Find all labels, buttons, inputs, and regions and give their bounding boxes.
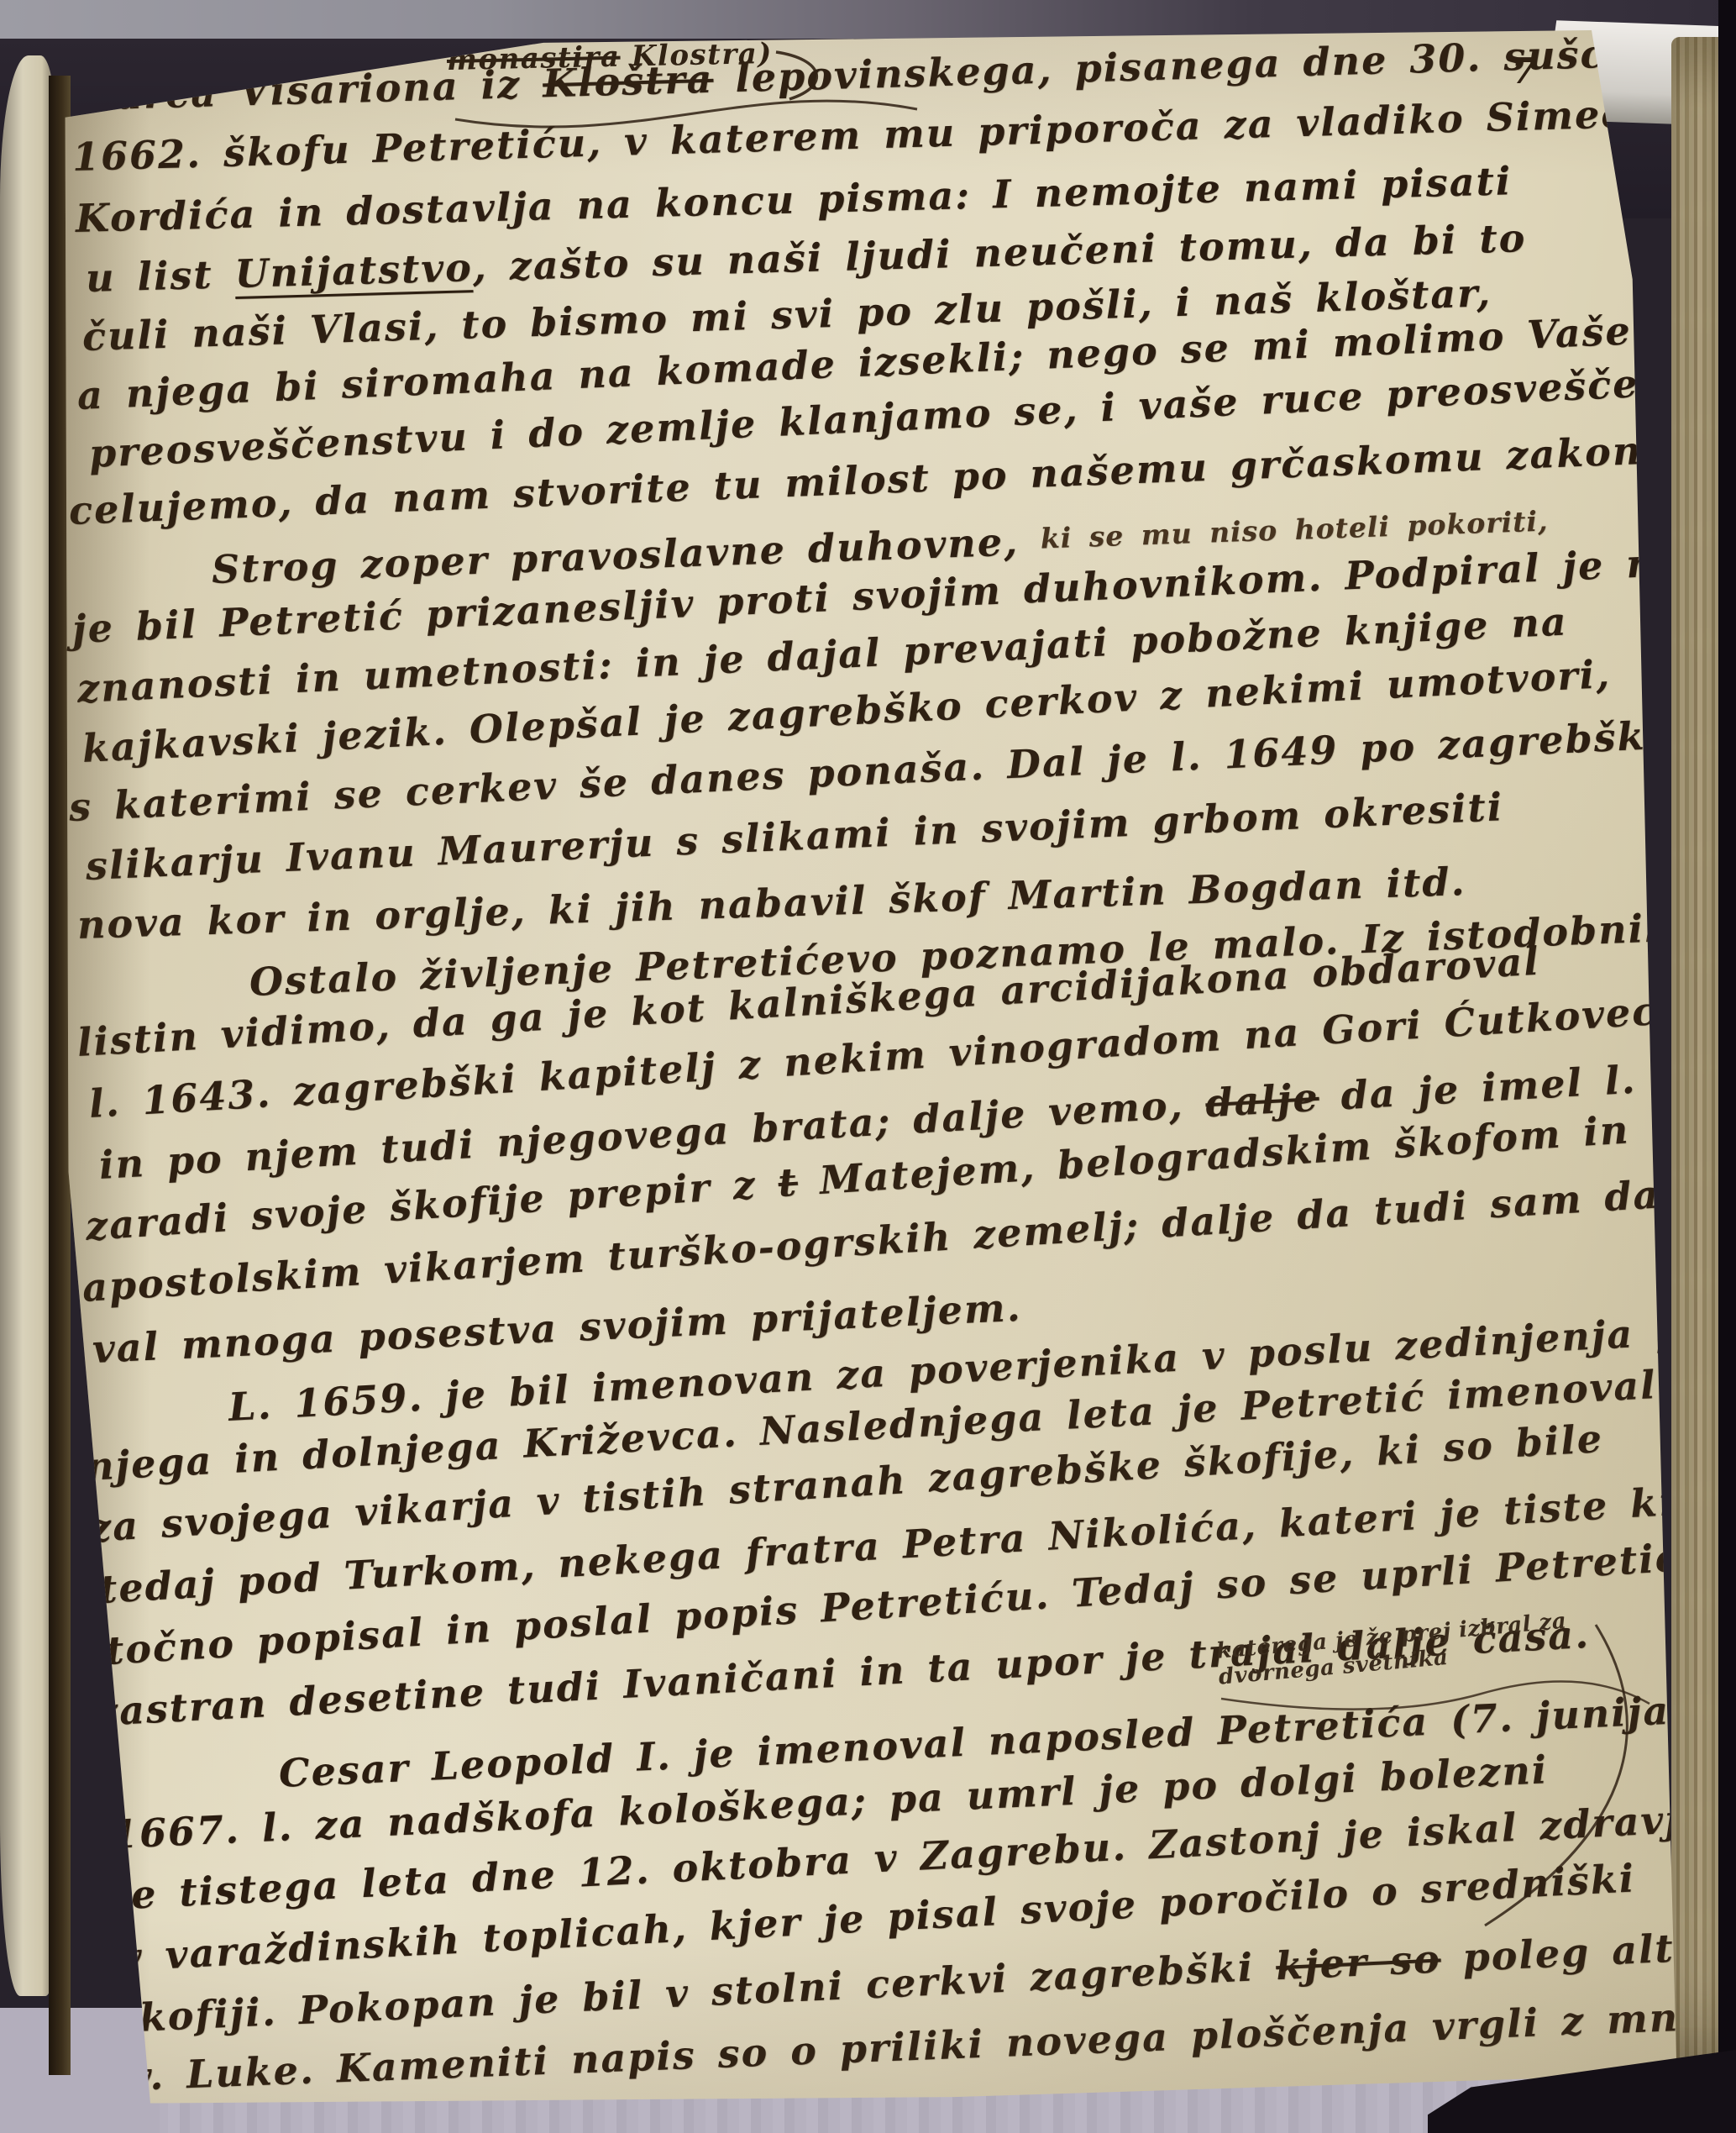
table-surface-left xyxy=(0,2008,160,2133)
previous-page-curl xyxy=(0,55,54,1996)
manuscript-photo: 7 monastira Klostra) starca Visariona iz… xyxy=(0,0,1736,2133)
struck-word: Kloštra xyxy=(542,56,714,107)
book-fore-edge xyxy=(1671,37,1723,2078)
struck-word: dalje xyxy=(1204,1074,1320,1126)
manuscript-page: 7 monastira Klostra) starca Visariona iz… xyxy=(52,30,1690,2105)
underlined-word: Unijatstvo xyxy=(234,244,474,297)
struck-word: kjer so xyxy=(1275,1936,1442,1989)
book-cover-right-edge xyxy=(1718,0,1736,2133)
margin-insertion-note: katerega je že prej izbral za dvornega s… xyxy=(1215,1600,1676,1692)
